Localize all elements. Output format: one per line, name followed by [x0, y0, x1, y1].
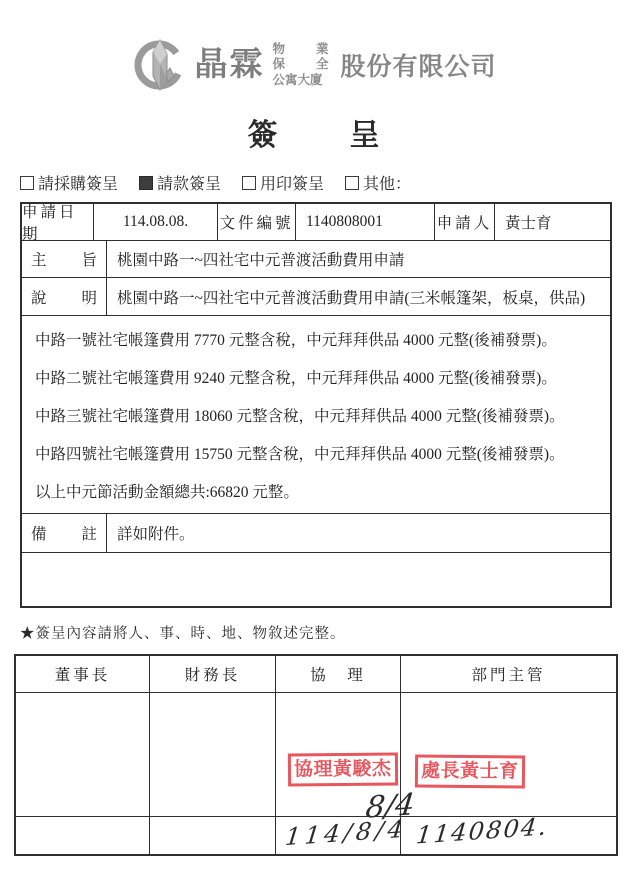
remark-label: 備 註 [22, 514, 107, 552]
remark-row: 備 註 詳如附件。 [22, 513, 610, 552]
body-section: 中路一號社宅帳篷費用 7770 元整含稅，中元拜拜供品 4000 元整(後補發票… [22, 315, 610, 513]
company-logo-icon [134, 34, 186, 96]
associate-manager-header: 協 理 [276, 656, 401, 692]
company-services: 物 業 保 全 公寓大廈 [272, 42, 332, 89]
department-head-signature-cell: 處長黃士育 [401, 693, 616, 816]
service-line-1: 物 業 [272, 42, 328, 58]
approval-table: 董事長 財務長 協 理 部門主管 協理黃駿杰 8/4 處長黃士育 114/8/4… [14, 654, 618, 856]
approval-header-row: 董事長 財務長 協 理 部門主管 [16, 656, 616, 692]
doc-number-label: 文件編號 [218, 204, 296, 240]
apply-date-label: 申請日期 [22, 204, 94, 240]
checkbox-group-seal: 用印簽呈 [242, 171, 324, 194]
associate-manager-stamp: 協理黃駿杰 [288, 753, 398, 787]
apply-date-value: 114.08.08. [94, 204, 218, 240]
payment-checkbox [139, 176, 153, 190]
cfo-header: 財務長 [150, 656, 276, 692]
body-line-2: 中路二號社宅帳篷費用 9240 元整含稅，中元拜拜供品 4000 元整(後補發票… [35, 364, 610, 402]
empty-row [22, 552, 610, 606]
checkbox-group-other: 其他： [345, 171, 411, 194]
description-label: 說 明 [22, 278, 107, 315]
handwritten-date-8-4: 8/4 [364, 787, 416, 825]
seal-checkbox-label: 用印簽呈 [260, 171, 324, 194]
seal-checkbox [242, 176, 256, 190]
body-line-5: 以上中元節活動金額總共:66820 元整。 [35, 478, 610, 516]
remark-text: 詳如附件。 [107, 514, 610, 552]
checkbox-group-payment: 請款簽呈 [139, 171, 221, 194]
chairman-date-cell [16, 817, 150, 854]
service-line-3: 公寓大廈 [272, 73, 332, 89]
department-head-header: 部門主管 [401, 656, 616, 692]
company-suffix: 股份有限公司 [340, 47, 496, 83]
purchase-checkbox-label: 請採購簽呈 [38, 171, 118, 194]
body-line-1: 中路一號社宅帳篷費用 7770 元整含稅，中元拜拜供品 4000 元整(後補發票… [35, 326, 610, 364]
purchase-checkbox [20, 176, 34, 190]
payment-checkbox-label: 請款簽呈 [157, 171, 221, 194]
signoff-document-page: 晶霖 物 業 保 全 公寓大廈 股份有限公司 簽 呈 請採購簽呈 請款簽呈 用印… [0, 0, 631, 878]
request-form-table: 申請日期 114.08.08. 文件編號 1140808001 申請人 黃士育 … [20, 202, 612, 608]
description-row: 說 明 桃園中路一~四社宅中元普渡活動費用申請(三米帳篷架，板桌，供品) [22, 277, 610, 315]
info-row: 申請日期 114.08.08. 文件編號 1140808001 申請人 黃士育 [22, 204, 610, 240]
department-head-date-cell: 1140804. [401, 817, 616, 854]
associate-manager-signature-cell: 協理黃駿杰 8/4 [276, 693, 401, 816]
other-checkbox [345, 176, 359, 190]
service-line-2: 保 全 [272, 57, 328, 73]
body-line-3: 中路三號社宅帳篷費用 18060 元整含稅，中元拜拜供品 4000 元整(後補發… [35, 402, 610, 440]
approval-date-row: 114/8/4 1140804. [16, 816, 616, 854]
signoff-type-checkboxes: 請採購簽呈 請款簽呈 用印簽呈 其他： [20, 171, 631, 194]
description-text: 桃園中路一~四社宅中元普渡活動費用申請(三米帳篷架，板桌，供品) [107, 278, 610, 315]
document-title: 簽 呈 [0, 110, 631, 154]
company-logo-header: 晶霖 物 業 保 全 公寓大廈 股份有限公司 [0, 26, 631, 104]
body-line-4: 中路四號社宅帳篷費用 15750 元整含稅，中元拜拜供品 4000 元整(後補發… [35, 440, 610, 478]
subject-text: 桃園中路一~四社宅中元普渡活動費用申請 [107, 241, 610, 277]
chairman-header: 董事長 [16, 656, 150, 692]
cfo-signature-cell [150, 693, 276, 816]
handwritten-date-1140804: 1140804. [415, 812, 550, 849]
company-name: 晶霖 [194, 49, 264, 82]
approval-signature-row: 協理黃駿杰 8/4 處長黃士育 [16, 692, 616, 816]
other-checkbox-label: 其他： [363, 171, 411, 194]
subject-label: 主 旨 [22, 241, 107, 277]
doc-number-value: 1140808001 [296, 204, 435, 240]
checkbox-group-purchase: 請採購簽呈 [20, 171, 118, 194]
applicant-label: 申請人 [435, 204, 495, 240]
department-head-stamp: 處長黃士育 [415, 755, 525, 789]
chairman-signature-cell [16, 693, 150, 816]
cfo-date-cell [150, 817, 276, 854]
subject-row: 主 旨 桃園中路一~四社宅中元普渡活動費用申請 [22, 240, 610, 277]
footnote: ★簽呈內容請將人、事、時、地、物敘述完整。 [20, 622, 631, 643]
applicant-value: 黃士育 [495, 204, 610, 240]
